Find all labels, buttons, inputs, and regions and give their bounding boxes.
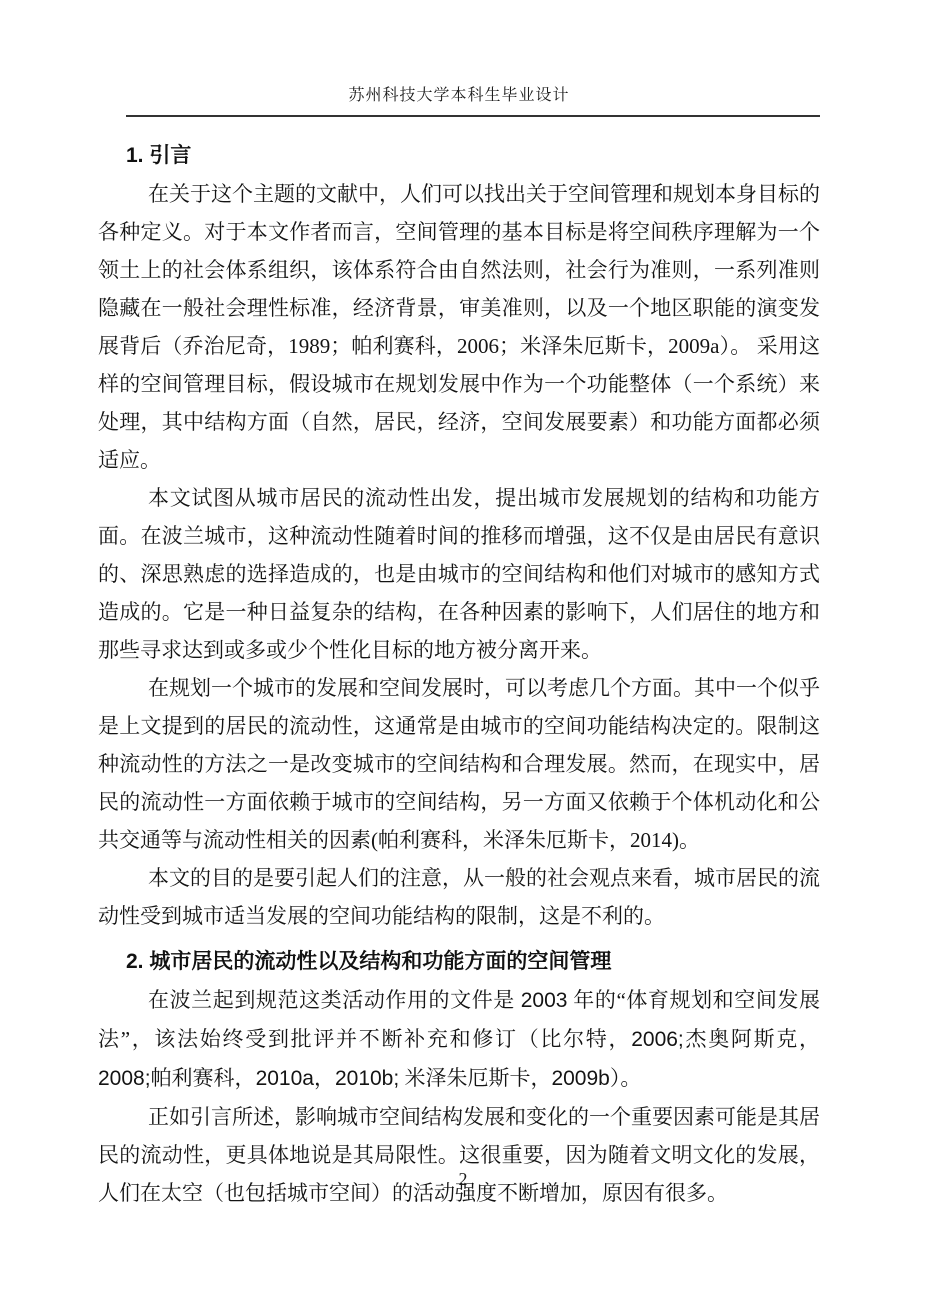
text-run: 帕利赛科， [151, 1066, 256, 1090]
text-run: 2010a [256, 1067, 314, 1090]
page-content: 苏州科技大学本科生毕业设计 1. 引言 在关于这个主题的文献中，人们可以找出关于… [98, 0, 820, 1212]
section-1-heading: 1. 引言 [126, 137, 820, 175]
section-1-paragraph-1: 在关于这个主题的文献中，人们可以找出关于空间管理和规划本身目标的各种定义。对于本… [98, 175, 820, 479]
header-rule [126, 115, 820, 117]
text-run: 在规划一个城市的发展和空间发展时，可以考虑几个方面。其中一个似乎是上文提到的居民… [98, 676, 820, 852]
text-run: 米泽朱厄斯卡， [399, 1066, 551, 1090]
text-run: 2008; [98, 1067, 151, 1090]
section-2-paragraph-1: 在波兰起到规范这类活动作用的文件是 2003 年的“体育规划和空间发展法”，该法… [98, 981, 820, 1098]
text-run: 2006; [631, 1028, 684, 1051]
text-run: ）。 [610, 1066, 642, 1090]
section-1-paragraph-4: 本文的目的是要引起人们的注意，从一般的社会观点来看，城市居民的流动性受到城市适当… [98, 859, 820, 935]
text-run: 本文的目的是要引起人们的注意，从一般的社会观点来看，城市居民的流动性受到城市适当… [98, 866, 820, 928]
section-2-paragraph-2: 正如引言所述，影响城市空间结构发展和变化的一个重要因素可能是其居民的流动性，更具… [98, 1098, 820, 1212]
running-header-title: 苏州科技大学本科生毕业设计 [348, 87, 569, 104]
text-run: 2009b [551, 1067, 609, 1090]
text-run: 在波兰起到规范这类活动作用的文件是 [148, 988, 521, 1012]
text-run: 2003 [521, 989, 568, 1012]
text-run: 杰奥阿斯克， [684, 1027, 820, 1051]
text-run: 在关于这个主题的文献中，人们可以找出关于空间管理和规划本身目标的各种定义。对于本… [98, 182, 820, 472]
page-number: 2 [0, 1168, 926, 1190]
section-2-heading: 2. 城市居民的流动性以及结构和功能方面的空间管理 [126, 943, 820, 981]
text-run: ， [314, 1066, 335, 1090]
document-page: 苏州科技大学本科生毕业设计 1. 引言 在关于这个主题的文献中，人们可以找出关于… [0, 0, 926, 1309]
text-run: 2010b; [335, 1067, 399, 1090]
running-header: 苏州科技大学本科生毕业设计 [98, 86, 820, 106]
text-run: 本文试图从城市居民的流动性出发，提出城市发展规划的结构和功能方面。在波兰城市，这… [98, 486, 820, 662]
text-run: 正如引言所述，影响城市空间结构发展和变化的一个重要因素可能是其居民的流动性，更具… [98, 1105, 820, 1205]
section-1-paragraph-2: 本文试图从城市居民的流动性出发，提出城市发展规划的结构和功能方面。在波兰城市，这… [98, 479, 820, 669]
section-1-paragraph-3: 在规划一个城市的发展和空间发展时，可以考虑几个方面。其中一个似乎是上文提到的居民… [98, 669, 820, 859]
